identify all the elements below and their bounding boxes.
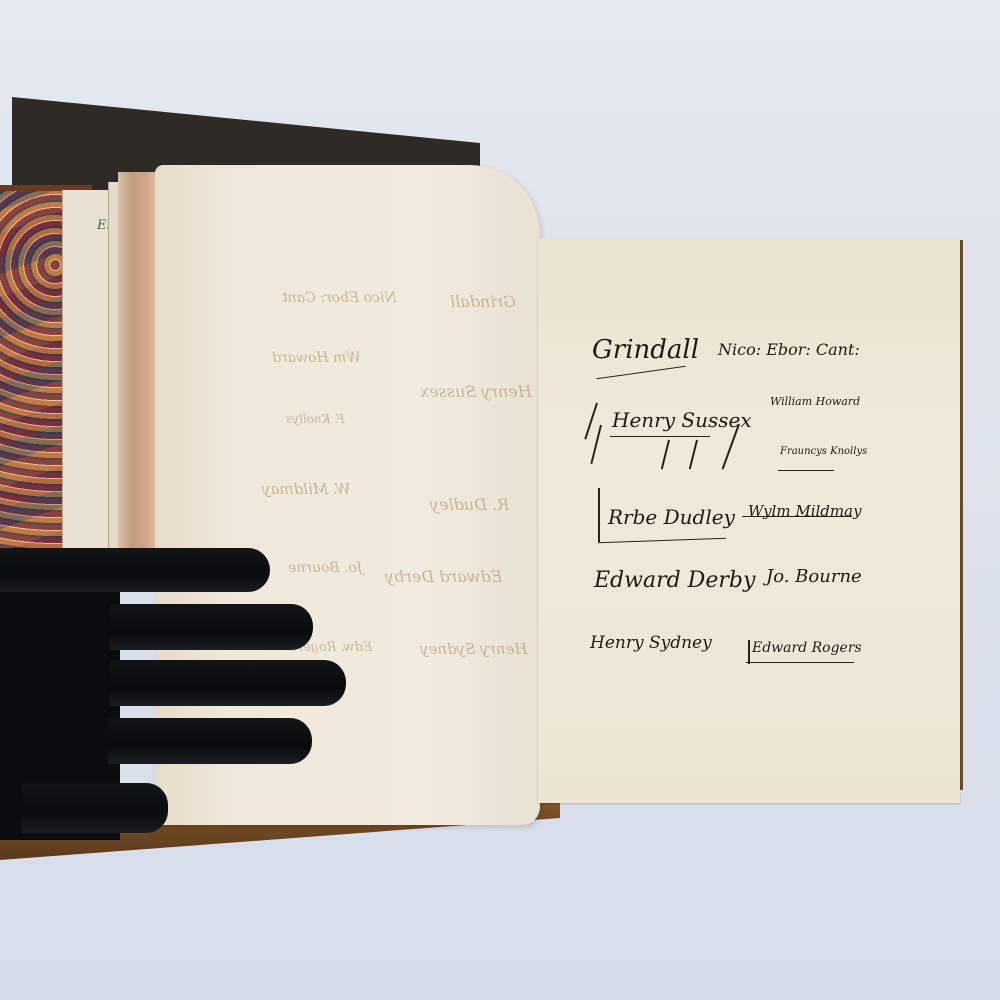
- hand-stand-finger[interactable]: [0, 548, 270, 592]
- ghost-signature: W. Mildmay: [262, 480, 351, 498]
- hand-stand-finger[interactable]: [22, 783, 168, 833]
- hand-stand-finger[interactable]: [110, 604, 313, 650]
- signature: Henry Sydney: [590, 633, 712, 653]
- ghost-signature: Henry Sydney: [420, 640, 527, 658]
- signature: Henry Sussex: [612, 408, 752, 432]
- hand-stand-finger[interactable]: [108, 718, 312, 764]
- ghost-signature: Wm Howard: [272, 350, 361, 366]
- ghost-signature: F. Knollys: [286, 412, 345, 426]
- ghost-signature: R. Dudley: [430, 495, 509, 514]
- ghost-signature: Edward Derby: [385, 567, 502, 586]
- flourish-stroke: [598, 488, 600, 542]
- flourish-underline: [610, 436, 710, 437]
- flourish-underline: [742, 516, 852, 517]
- signature: Edward Rogers: [752, 640, 862, 656]
- flourish-stroke: [748, 640, 750, 664]
- signature: William Howard: [770, 395, 860, 408]
- signature: Grindall: [592, 335, 699, 365]
- hand-stand-finger[interactable]: [110, 660, 346, 706]
- signature: Frauncys Knollys: [780, 446, 867, 457]
- signature: Rrbe Dudley: [608, 505, 735, 529]
- signature: Jo. Bourne: [766, 566, 862, 587]
- right-page-signatures: [538, 238, 960, 803]
- ghost-signature: Nico Ebor: Cant: [282, 290, 397, 306]
- flourish-underline: [778, 470, 834, 471]
- signature: Nico: Ebor: Cant:: [718, 340, 860, 359]
- signature: Edward Derby: [594, 568, 755, 593]
- signature: Wylm Mildmay: [748, 502, 862, 520]
- ghost-signature: Henry Sussex: [420, 382, 532, 401]
- flourish-underline: [746, 662, 854, 663]
- ghost-signature: Jo. Bourne: [288, 560, 362, 576]
- ghost-signature: Grindall: [450, 292, 516, 311]
